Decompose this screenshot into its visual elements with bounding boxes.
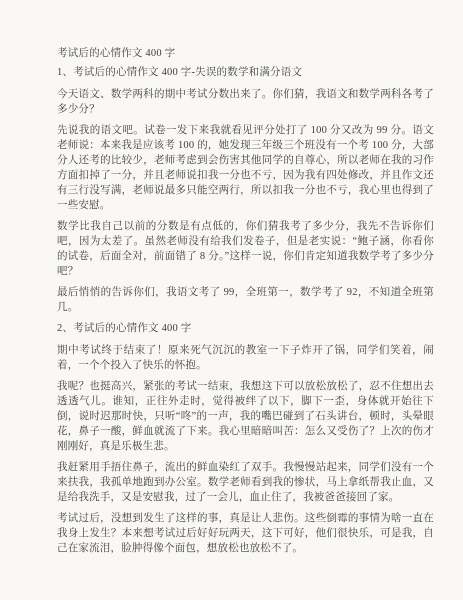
section-1-paragraph-3: 数学比我自己以前的分数是有点低的，你们猜我考了多少分，我先不告诉你们吧，因为太差… <box>57 219 434 279</box>
section-2-paragraph-2: 我呢？也挺高兴，紧张的考试一结束，我想这下可以放松放松了，忍不住想出去透透气儿。… <box>57 379 434 454</box>
section-2-paragraph-4: 考试过后，没想到发生了这样的事，真是让人悲伤。这些倒霉的事情为啥一直在我身上发生… <box>57 511 434 556</box>
section-1-paragraph-4: 最后悄悄的告诉你们，我语文考了 99，全班第一，数学考了 92，不知道全班第几。 <box>57 285 434 315</box>
section-2-heading: 2、考试后的心情作文 400 字 <box>57 321 434 336</box>
section-1-paragraph-2: 先说我的语文吧。试卷一发下来我就看见评分处打了 100 分又改为 99 分。语文… <box>57 123 434 213</box>
section-2-paragraph-3: 我赶紧用手捂住鼻子，流出的鲜血染红了双手。我慢慢站起来，同学们没有一个来扶我，我… <box>57 460 434 505</box>
section-2-paragraph-1: 期中考试终于结束了！原来死气沉沉的教室一下子炸开了锅，同学们笑着，闹着，一个个投… <box>57 343 434 373</box>
section-1-paragraph-1: 今天语文、数学两科的期中考试分数出来了。你们猜，我语文和数学两科各考了多少分？ <box>57 87 434 117</box>
section-1-heading: 1、考试后的心情作文 400 字-失误的数学和满分语文 <box>57 65 434 80</box>
document-title: 考试后的心情作文 400 字 <box>57 46 434 61</box>
document-page: 考试后的心情作文 400 字 1、考试后的心情作文 400 字-失误的数学和满分… <box>0 0 463 600</box>
